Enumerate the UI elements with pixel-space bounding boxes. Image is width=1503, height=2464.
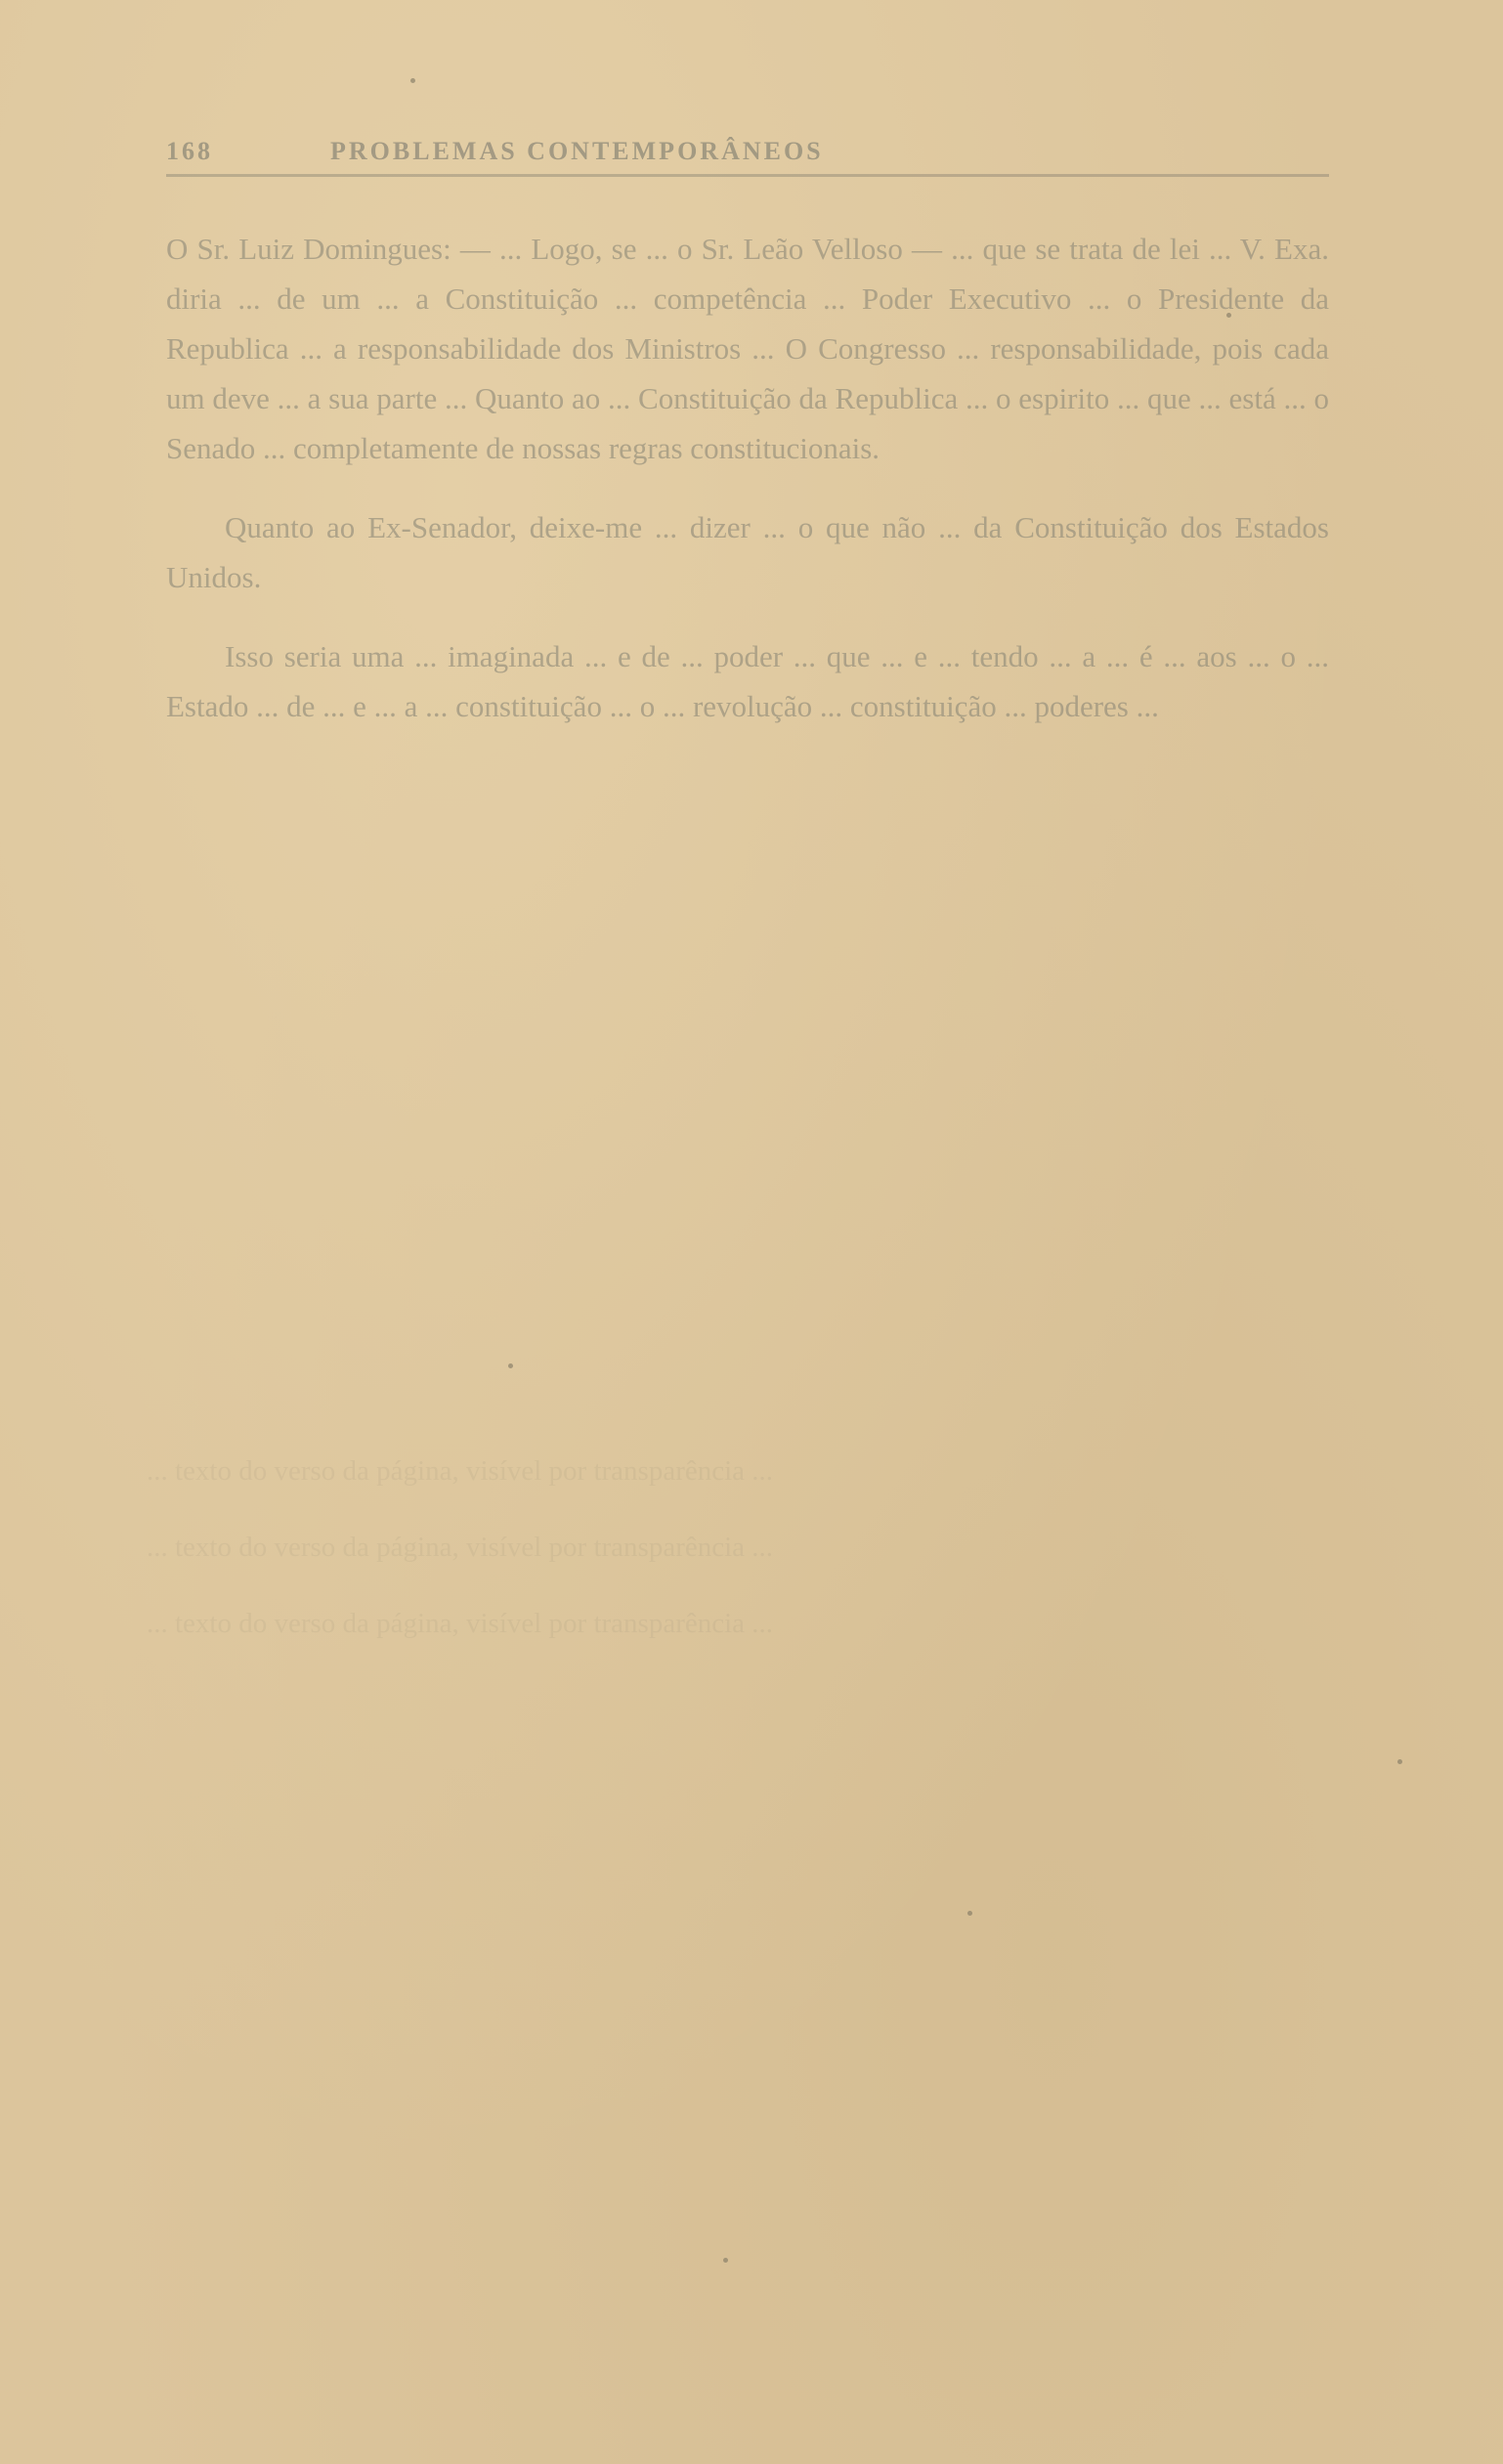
paper-speck bbox=[1397, 1759, 1402, 1764]
paper-speck bbox=[410, 78, 415, 83]
paper-speck bbox=[1226, 313, 1231, 318]
paragraph: O Sr. Luiz Domingues: — ... Logo, se ...… bbox=[166, 224, 1329, 473]
paragraph: Quanto ao Ex-Senador, deixe-me ... dizer… bbox=[166, 502, 1329, 602]
running-title: PROBLEMAS CONTEMPORÂNEOS bbox=[330, 137, 824, 166]
paragraph: Isso seria uma ... imaginada ... e de ..… bbox=[166, 631, 1329, 731]
book-page: 168 PROBLEMAS CONTEMPORÂNEOS O Sr. Luiz … bbox=[166, 137, 1329, 760]
ghost-line: ... texto do verso da página, visível po… bbox=[147, 1523, 1339, 1572]
paper-speck bbox=[508, 1363, 513, 1368]
show-through-text: ... texto do verso da página, visível po… bbox=[147, 1447, 1339, 1675]
page-number: 168 bbox=[166, 137, 213, 166]
running-header: 168 PROBLEMAS CONTEMPORÂNEOS bbox=[166, 137, 1329, 177]
body-text: O Sr. Luiz Domingues: — ... Logo, se ...… bbox=[166, 224, 1329, 731]
ghost-line: ... texto do verso da página, visível po… bbox=[147, 1447, 1339, 1495]
ghost-line: ... texto do verso da página, visível po… bbox=[147, 1599, 1339, 1648]
paper-speck bbox=[967, 1911, 972, 1916]
paper-speck bbox=[723, 2258, 728, 2263]
